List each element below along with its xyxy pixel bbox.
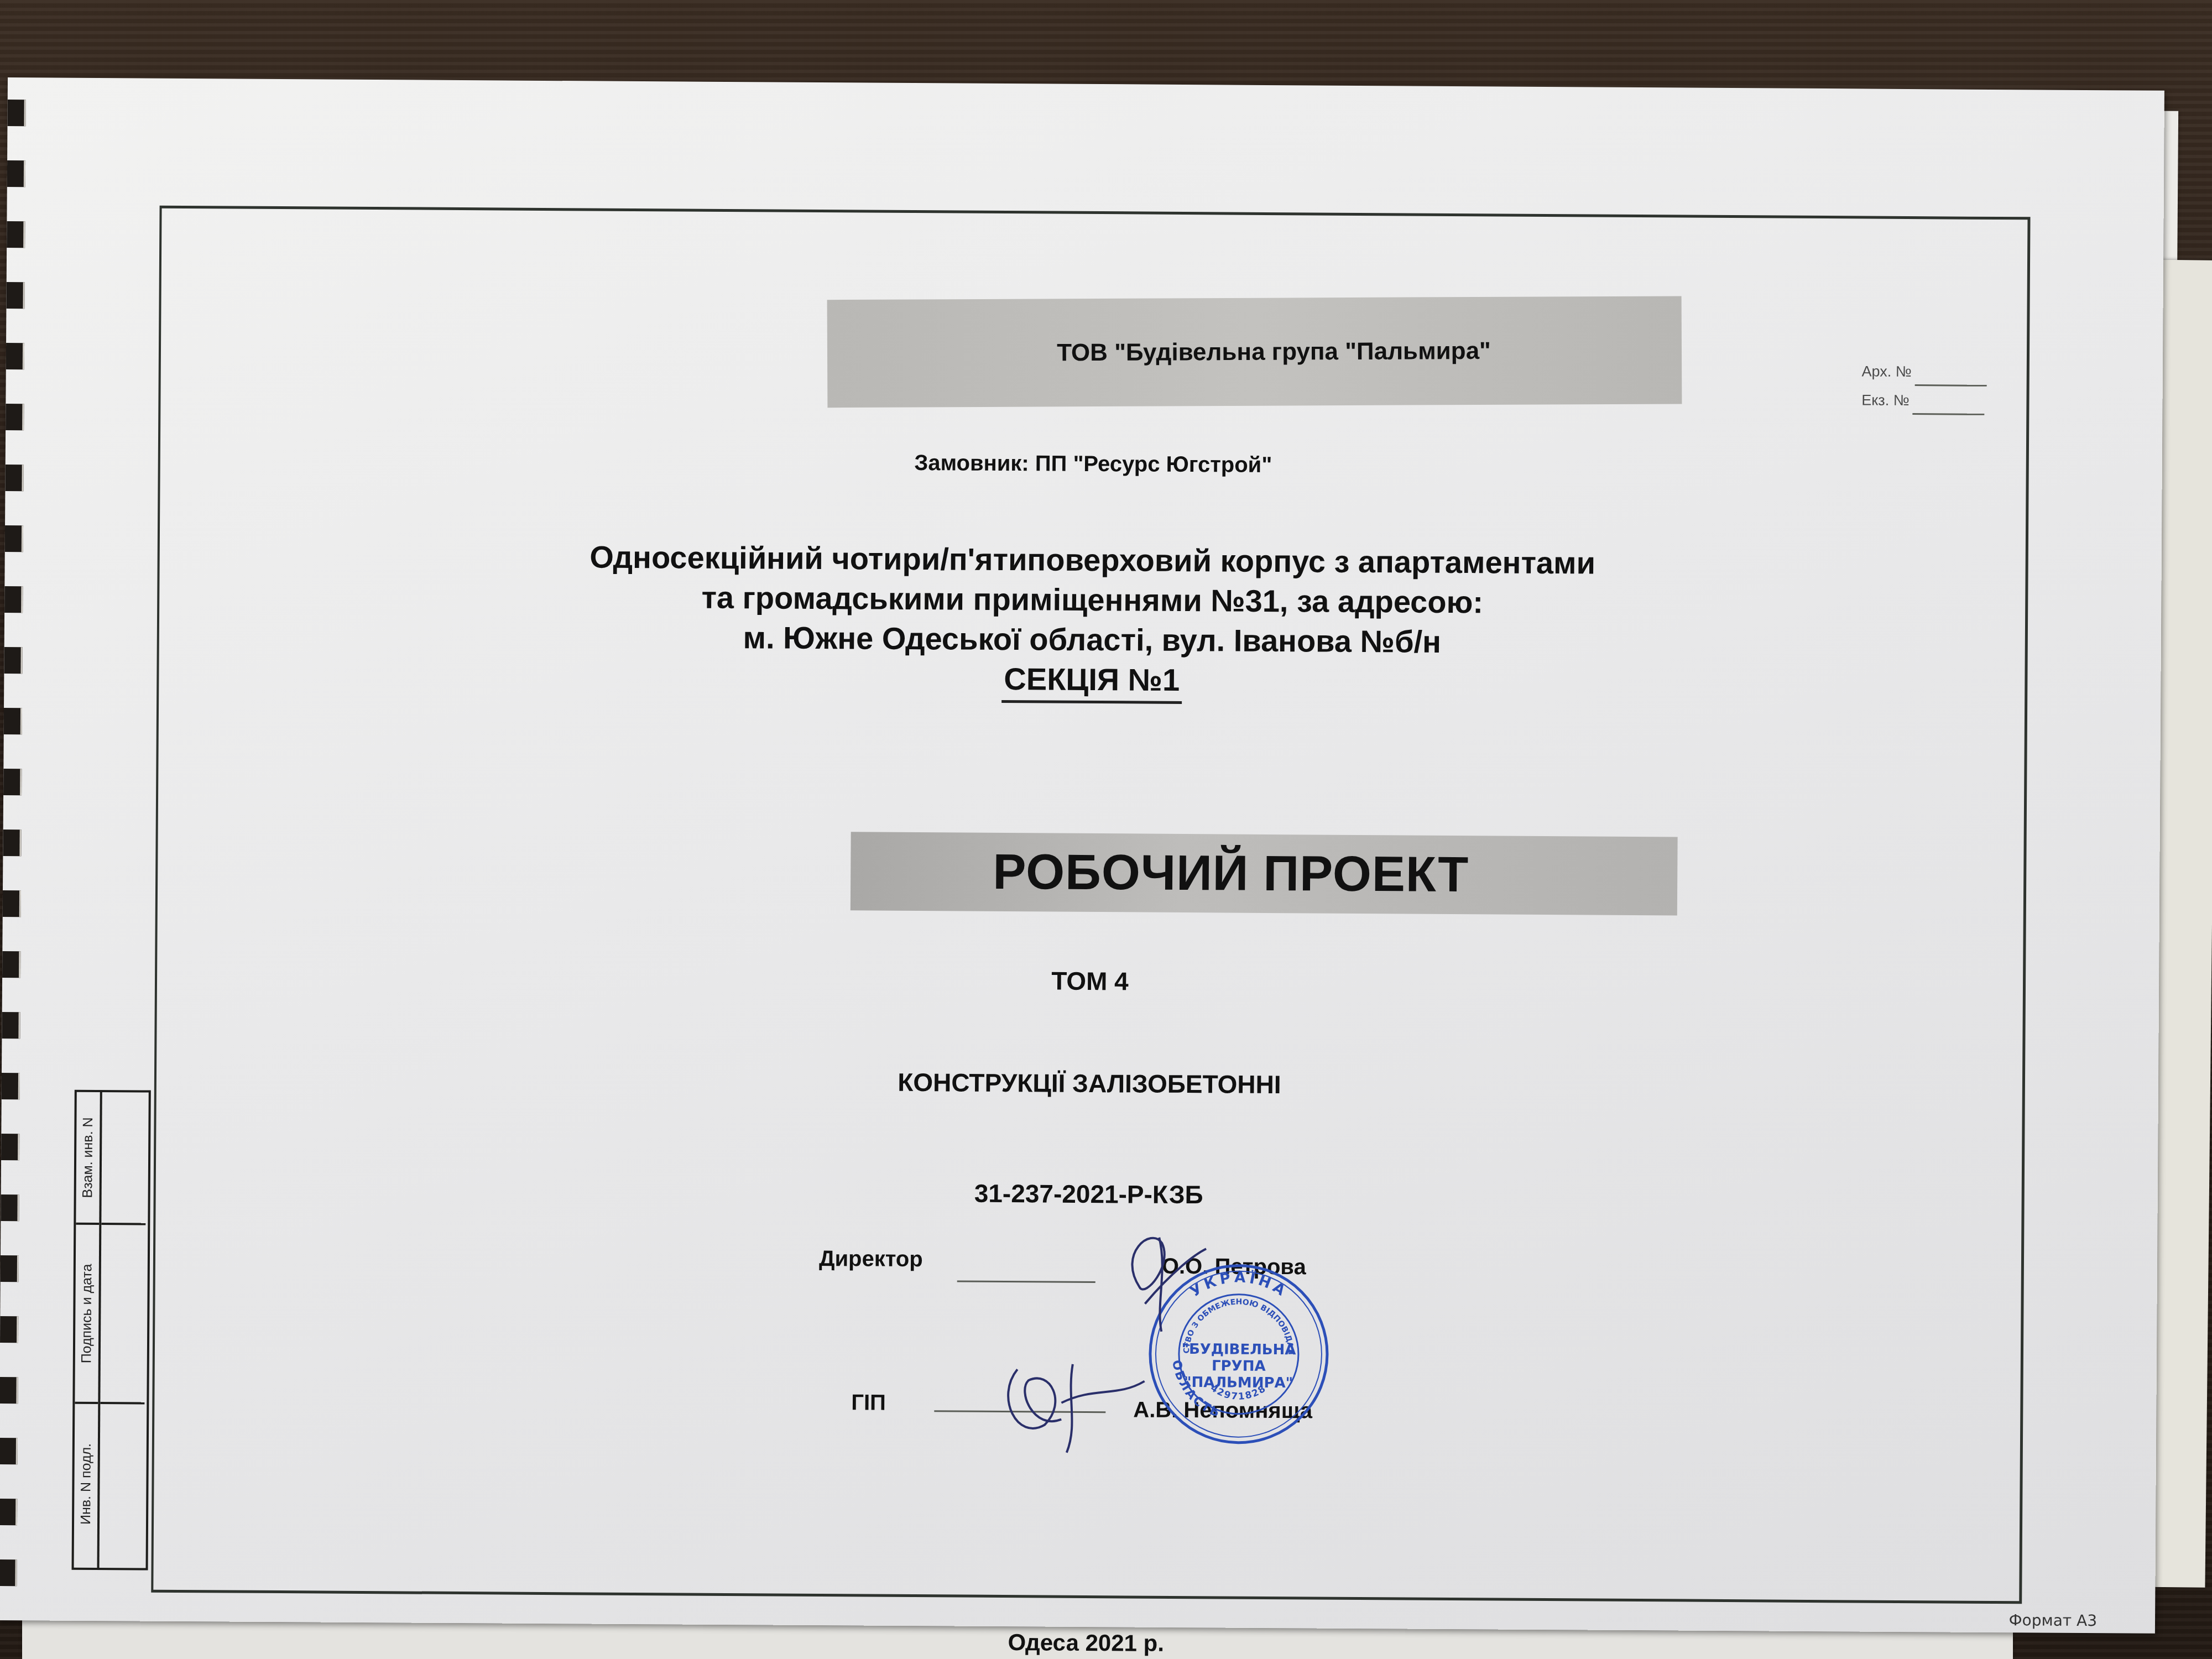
side-cell-label: Подпись и дата <box>79 1264 95 1363</box>
binding-hole <box>1 1255 19 1282</box>
discipline-label: КОНСТРУКЦІЇ ЗАЛІЗОБЕТОННІ <box>156 1063 2022 1104</box>
side-cell-value <box>101 1092 146 1225</box>
binding-hole <box>0 1316 18 1343</box>
side-cell-label: Инв. N подл. <box>78 1443 95 1524</box>
company-banner: ТОВ "Будівельна група "Пальмира" <box>827 296 1682 408</box>
side-cell-value <box>100 1404 145 1563</box>
archive-fields: Арх. № Екз. № <box>1861 357 1987 415</box>
binding-hole <box>6 282 24 309</box>
project-type: РОБОЧИЙ ПРОЕКТ <box>993 843 1469 903</box>
svg-text:"ПАЛЬМИРА": "ПАЛЬМИРА" <box>1184 1374 1293 1391</box>
svg-text:"БУДІВЕЛЬНА: "БУДІВЕЛЬНА <box>1181 1341 1296 1358</box>
binding-hole <box>6 404 24 430</box>
binding-hole <box>7 100 25 126</box>
binding-hole <box>0 1377 18 1404</box>
binding-hole <box>6 343 24 369</box>
chief-engineer-role: ГІП <box>851 1390 886 1415</box>
binding-hole <box>4 647 22 674</box>
binding-hole <box>5 525 23 552</box>
svg-text:ГРУПА: ГРУПА <box>1212 1358 1266 1375</box>
archive-number-field: Арх. № <box>1861 357 1987 386</box>
binding-hole <box>7 160 25 187</box>
binding-hole <box>1 1134 19 1160</box>
section-title: СЕКЦІЯ №1 <box>1001 659 1182 704</box>
drawing-frame: ТОВ "Будівельна група "Пальмира" Арх. № … <box>151 206 2030 1604</box>
document-code: 31-237-2021-Р-КЗБ <box>156 1173 2022 1215</box>
project-title: Односекційний чотири/п'ятиповерховий кор… <box>159 535 2026 709</box>
director-role: Директор <box>819 1246 923 1272</box>
copy-number-field: Екз. № <box>1861 385 1987 415</box>
company-name: ТОВ "Будівельна група "Пальмира" <box>1057 337 1491 366</box>
binding-hole <box>2 1012 20 1039</box>
side-cell-replacement-inventory: Взам. инв. N <box>76 1092 100 1225</box>
field-label: Екз. № <box>1861 385 1910 415</box>
blank-line <box>1915 369 1987 387</box>
side-cell-value <box>100 1225 145 1404</box>
binding-hole <box>7 221 25 248</box>
customer-line: Замовник: ПП "Ресурс Югстрой" <box>160 446 2026 483</box>
binding-hole <box>1 1194 19 1221</box>
director-signature-line <box>957 1281 1095 1284</box>
binding-hole <box>3 769 22 795</box>
volume-label: ТОМ 4 <box>157 961 2023 1002</box>
blank-line <box>1913 398 1985 415</box>
director-signature <box>1106 1220 1217 1343</box>
binding-hole <box>4 586 23 613</box>
binding-hole <box>2 1073 20 1099</box>
paper-format-label: Формат А3 <box>2008 1611 2097 1630</box>
side-cell-signature-date: Подпись и дата <box>75 1225 99 1404</box>
binding-hole <box>0 1438 18 1464</box>
chief-engineer-signature <box>984 1347 1161 1459</box>
field-label: Арх. № <box>1861 357 1912 386</box>
title-page-sheet: Взам. инв. N Подпись и дата Инв. N подл.… <box>0 77 2164 1634</box>
project-type-banner: РОБОЧИЙ ПРОЕКТ <box>851 832 1678 915</box>
binding-hole <box>0 1499 17 1525</box>
binding-hole <box>2 951 20 978</box>
side-cell-label: Взам. инв. N <box>80 1117 96 1198</box>
binding-hole <box>3 890 21 917</box>
binding-hole <box>3 830 21 856</box>
binding-hole <box>4 708 22 734</box>
side-stamp-table: Взам. инв. N Подпись и дата Инв. N подл. <box>72 1090 151 1571</box>
binding-hole <box>0 1559 17 1586</box>
side-cell-original-inventory: Инв. N подл. <box>74 1404 98 1563</box>
binding-hole <box>5 465 23 491</box>
